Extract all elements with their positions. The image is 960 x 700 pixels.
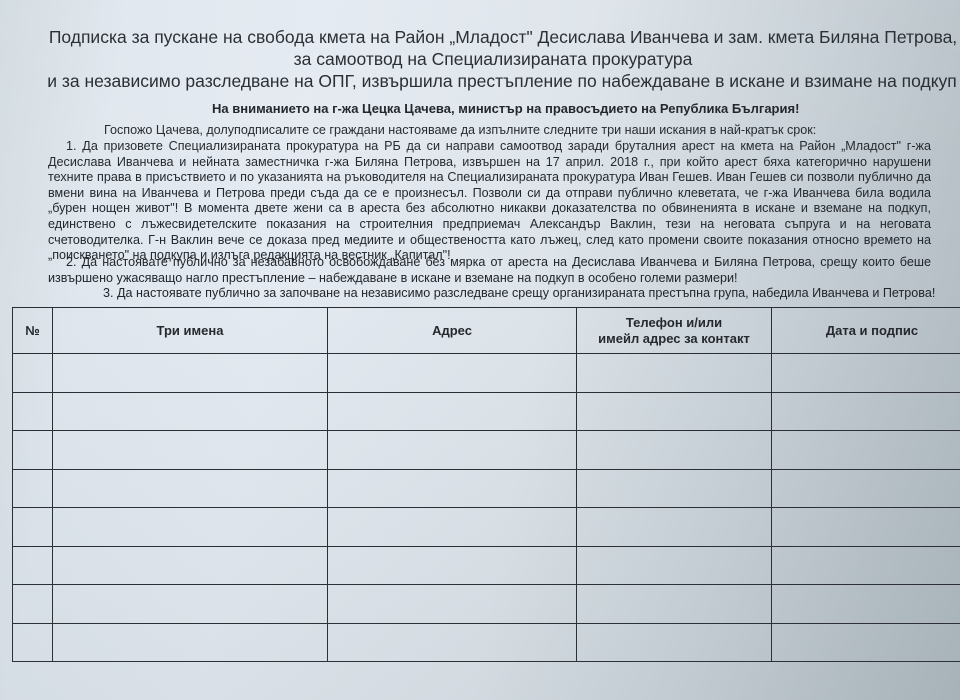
cell-full-name[interactable]: [53, 585, 328, 624]
cell-full-name[interactable]: [53, 623, 328, 662]
cell-contact[interactable]: [577, 546, 772, 585]
cell-number[interactable]: [13, 392, 53, 431]
cell-contact[interactable]: [577, 354, 772, 393]
demand-2: 2. Да настоявате публично за незабавното…: [48, 255, 931, 286]
cell-full-name[interactable]: [53, 431, 328, 470]
column-header-contact: Телефон и/илиимейл адрес за контакт: [577, 308, 772, 354]
table-row: [13, 508, 960, 547]
cell-address[interactable]: [328, 354, 577, 393]
table-header-row: № Три имена Адрес Телефон и/илиимейл адр…: [13, 308, 960, 354]
cell-full-name[interactable]: [53, 354, 328, 393]
cell-address[interactable]: [328, 623, 577, 662]
demand-3: 3. Да настоявате публично за започване н…: [48, 286, 931, 302]
petition-title-line-3: и за независимо разследване на ОПГ, извъ…: [22, 71, 960, 91]
cell-full-name[interactable]: [53, 546, 328, 585]
demand-1-text: 1. Да призовете Специализираната прокура…: [48, 139, 931, 262]
cell-full-name[interactable]: [53, 469, 328, 508]
cell-number[interactable]: [13, 623, 53, 662]
petition-title-line-1: Подписка за пускане на свобода кмета на …: [23, 27, 960, 47]
cell-number[interactable]: [13, 546, 53, 585]
cell-contact[interactable]: [577, 623, 772, 662]
cell-address[interactable]: [328, 585, 577, 624]
cell-contact[interactable]: [577, 585, 772, 624]
column-header-full-name: Три имена: [53, 308, 328, 354]
cell-date-signature[interactable]: [772, 508, 960, 547]
cell-address[interactable]: [328, 469, 577, 508]
cell-contact[interactable]: [577, 431, 772, 470]
cell-number[interactable]: [13, 469, 53, 508]
table-row: [13, 392, 960, 431]
cell-contact[interactable]: [577, 508, 772, 547]
cell-address[interactable]: [328, 392, 577, 431]
cell-address[interactable]: [328, 431, 577, 470]
column-header-date-signature: Дата и подпис: [772, 308, 960, 354]
cell-number[interactable]: [13, 431, 53, 470]
cell-date-signature[interactable]: [772, 431, 960, 470]
column-header-address: Адрес: [328, 308, 577, 354]
table-row: [13, 354, 960, 393]
cell-date-signature[interactable]: [772, 392, 960, 431]
table-row: [13, 585, 960, 624]
cell-address[interactable]: [328, 508, 577, 547]
table-row: [13, 469, 960, 508]
demand-1: 1. Да призовете Специализираната прокура…: [48, 139, 931, 264]
table-row: [13, 546, 960, 585]
cell-full-name[interactable]: [53, 392, 328, 431]
attention-heading: На вниманието на г-жа Цецка Цачева, мини…: [212, 101, 799, 116]
cell-contact[interactable]: [577, 392, 772, 431]
cell-address[interactable]: [328, 546, 577, 585]
demand-2-text: 2. Да настоявате публично за незабавното…: [48, 255, 931, 285]
petition-title-line-2: за самоотвод на Специализираната прокура…: [13, 49, 960, 69]
table-row: [13, 431, 960, 470]
contact-header-line-2: имейл адрес за контакт: [598, 331, 750, 346]
column-header-number: №: [13, 308, 53, 354]
cell-date-signature[interactable]: [772, 546, 960, 585]
cell-date-signature[interactable]: [772, 469, 960, 508]
cell-date-signature[interactable]: [772, 623, 960, 662]
table-row: [13, 623, 960, 662]
cell-number[interactable]: [13, 585, 53, 624]
contact-header-line-1: Телефон и/или: [626, 315, 722, 330]
cell-contact[interactable]: [577, 469, 772, 508]
cell-date-signature[interactable]: [772, 585, 960, 624]
signature-rows: [13, 354, 960, 662]
demand-3-text: 3. Да настоявате публично за започване н…: [103, 286, 935, 300]
cell-number[interactable]: [13, 508, 53, 547]
cell-date-signature[interactable]: [772, 354, 960, 393]
cell-number[interactable]: [13, 354, 53, 393]
greeting-paragraph: Госпожо Цачева, долуподписалите се гражд…: [104, 123, 960, 139]
signature-table: № Три имена Адрес Телефон и/илиимейл адр…: [12, 307, 960, 662]
cell-full-name[interactable]: [53, 508, 328, 547]
